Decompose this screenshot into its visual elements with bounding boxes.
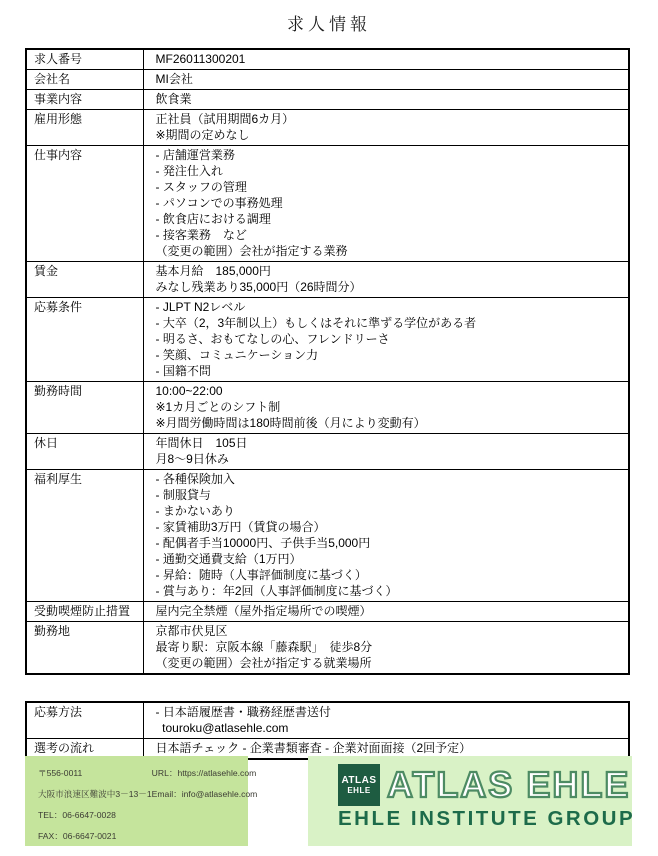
table-row: 勤務時間 10:00~22:00 ※1カ月ごとのシフト制 ※月間労働時間は180… (26, 382, 629, 434)
job-posting-page: 求人情報 求人番号 MF26011300201 会社名 MI会社 事業内容 飲食… (0, 0, 658, 856)
table-row: 求人番号 MF26011300201 (26, 49, 629, 70)
application-table: 応募方法 - 日本語履歴書・職務経歴書送付 touroku@atlasehle.… (25, 701, 630, 760)
row-label: 応募条件 (26, 298, 143, 382)
postal-code: 〒556-0011 (38, 763, 152, 784)
row-label: 雇用形態 (26, 110, 143, 146)
company-address: 大阪市浪速区難波中3－13－1 (38, 784, 152, 805)
row-label: 勤務地 (26, 622, 143, 675)
company-tel: TEL：06-6647-0028 (38, 805, 152, 826)
row-value: - 店舗運営業務 - 発注仕入れ - スタッフの管理 - パソコンでの事務処理 … (143, 146, 629, 262)
table-row: 応募条件 - JLPT N2レベル - 大卒（2，3年制以上）もしくはそれに準ず… (26, 298, 629, 382)
row-value: MF26011300201 (143, 49, 629, 70)
table-row: 勤務地 京都市伏見区 最寄り駅：京阪本線「藤森駅」 徒歩8分 （変更の範囲）会社… (26, 622, 629, 675)
atlas-ehle-logo: ATLAS EHLE ATLAS EHLE EHLE INSTITUTE GRO… (308, 756, 632, 846)
job-info-table: 求人番号 MF26011300201 会社名 MI会社 事業内容 飲食業 雇用形… (25, 48, 630, 675)
table-row: 休日 年間休日 105日 月8～9日休み (26, 434, 629, 470)
badge-text-top: ATLAS (341, 775, 376, 786)
table-row: 応募方法 - 日本語履歴書・職務経歴書送付 touroku@atlasehle.… (26, 702, 629, 739)
row-value: 京都市伏見区 最寄り駅：京阪本線「藤森駅」 徒歩8分 （変更の範囲）会社が指定す… (143, 622, 629, 675)
row-value: MI会社 (143, 70, 629, 90)
table-row: 受動喫煙防止措置 屋内完全禁煙（屋外指定場所での喫煙） (26, 602, 629, 622)
row-label: 福利厚生 (26, 470, 143, 602)
row-value: 正社員（試用期間6カ月） ※期間の定めなし (143, 110, 629, 146)
row-value: - JLPT N2レベル - 大卒（2，3年制以上）もしくはそれに準ずる学位があ… (143, 298, 629, 382)
row-label: 事業内容 (26, 90, 143, 110)
row-value: - 各種保険加入 - 制服貸与 - まかないあり - 家賃補助3万円（賃貸の場合… (143, 470, 629, 602)
row-label: 賃金 (26, 262, 143, 298)
table-row: 雇用形態 正社員（試用期間6カ月） ※期間の定めなし (26, 110, 629, 146)
row-value: 10:00~22:00 ※1カ月ごとのシフト制 ※月間労働時間は180時間前後（… (143, 382, 629, 434)
row-label: 仕事内容 (26, 146, 143, 262)
group-name: EHLE INSTITUTE GROUP (338, 807, 632, 831)
badge-text-bottom: EHLE (347, 786, 370, 795)
row-value: 基本月給 185,000円 みなし残業あり35,000円（26時間分） (143, 262, 629, 298)
row-label: 勤務時間 (26, 382, 143, 434)
row-value: - 日本語履歴書・職務経歴書送付 touroku@atlasehle.com (143, 702, 629, 739)
footer: 〒556-0011 大阪市浪速区難波中3－13－1 TEL：06-6647-00… (25, 756, 632, 846)
row-value: 年間休日 105日 月8～9日休み (143, 434, 629, 470)
table-row: 仕事内容 - 店舗運営業務 - 発注仕入れ - スタッフの管理 - パソコンでの… (26, 146, 629, 262)
row-label: 会社名 (26, 70, 143, 90)
table-row: 福利厚生 - 各種保険加入 - 制服貸与 - まかないあり - 家賃補助3万円（… (26, 470, 629, 602)
brand-wordmark: ATLAS EHLE (387, 764, 630, 806)
row-value: 飲食業 (143, 90, 629, 110)
row-value: 屋内完全禁煙（屋外指定場所での喫煙） (143, 602, 629, 622)
table-row: 事業内容 飲食業 (26, 90, 629, 110)
table-row: 賃金 基本月給 185,000円 みなし残業あり35,000円（26時間分） (26, 262, 629, 298)
row-label: 休日 (26, 434, 143, 470)
row-label: 受動喫煙防止措置 (26, 602, 143, 622)
company-fax: FAX：06-6647-0021 (38, 826, 152, 847)
company-email: Email：info@atlasehle.com (152, 784, 258, 805)
row-label: 応募方法 (26, 702, 143, 739)
row-label: 求人番号 (26, 49, 143, 70)
table-row: 会社名 MI会社 (26, 70, 629, 90)
company-contact-box: 〒556-0011 大阪市浪速区難波中3－13－1 TEL：06-6647-00… (25, 756, 248, 846)
company-url: URL：https://atlasehle.com (152, 763, 258, 784)
page-title: 求人情報 (0, 0, 658, 35)
atlas-ehle-badge-icon: ATLAS EHLE (338, 764, 380, 806)
